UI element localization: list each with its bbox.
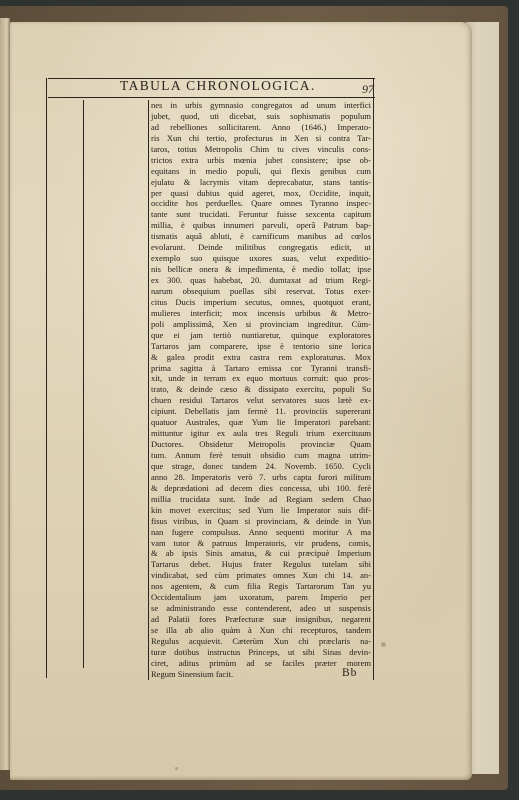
text-line-content: ad Palatii fores Præfecturæ suæ insignib… (151, 614, 371, 625)
text-line-content: chuen residui Tartaros velut servatores … (151, 395, 371, 406)
text-line: trictos extra urbis mœnia jubet consiste… (151, 155, 371, 166)
text-line: kin movet exercitus; sed Yum lie Imperat… (151, 505, 371, 516)
text-line-content: se administrando esse contenderent, adeo… (151, 603, 371, 614)
text-line-content: poli amplissimâ, Xen si provinciam ingre… (151, 319, 371, 330)
text-line: Regum Sinensium facit. (151, 669, 371, 680)
text-line: ejulatu & lacrymis vitam deprecabatur, s… (151, 177, 371, 188)
text-column-right-rule (373, 78, 374, 680)
text-line-content: se illa ab alio quàm à Xun chi recepturo… (151, 625, 371, 636)
text-line-content: exemplo suo quisque uxores suas, velut e… (151, 253, 371, 264)
text-line: exemplo suo quisque uxores suas, velut e… (151, 253, 371, 264)
text-line-content: millia trucidata sunt. Inde ad Regiam se… (151, 494, 371, 505)
text-line: occidite hos perduelles. Quare omnes Tyr… (151, 198, 371, 209)
page-number: 97 (362, 82, 374, 97)
text-line-content: anno 28. Imperatoris verò 7. urbs capta … (151, 472, 371, 483)
text-line-content: xit, unde in terram ex equo mortuus corr… (151, 373, 371, 384)
text-line-content: Tartarus debet. Hujus frater Regulus tut… (151, 559, 371, 570)
text-line: narum obsequium puellas sibi reservat. T… (151, 286, 371, 297)
text-line: millia trucidata sunt. Inde ad Regiam se… (151, 494, 371, 505)
text-line-content: trictos extra urbis mœnia jubet consiste… (151, 155, 371, 166)
text-line-content: tismatis aquâ abluti, è carnificum manib… (151, 231, 371, 242)
text-line: tante sunt trucidati. Feruntur fuisse se… (151, 209, 371, 220)
text-line-content: Ductores. Obsidetur Metropolis provinciæ… (151, 439, 371, 450)
text-line: fisus viribus, in Quam si provinciam, & … (151, 516, 371, 527)
text-line: & galea prodit extra castra rem explorat… (151, 352, 371, 363)
running-head-title: TABULA CHRONOLOGICA. (120, 78, 350, 94)
text-line: nan fugere compulsus. Anno sequenti mori… (151, 527, 371, 538)
text-line: equitans in medio populi, qui flexis gen… (151, 166, 371, 177)
text-line: Regulus acquievit. Cæterùm Xun chi præcl… (151, 636, 371, 647)
text-line-content: occidite hos perduelles. Quare omnes Tyr… (151, 198, 371, 209)
text-line-content: mittuntur igitur ex aula tres Reguli tri… (151, 428, 371, 439)
text-line-content: & galea prodit extra castra rem explorat… (151, 352, 371, 363)
text-line-content: equitans in medio populi, qui flexis gen… (151, 166, 371, 177)
text-line: ciret, aditus primùm ad se faciles præte… (151, 658, 371, 669)
text-line-content: Regulus acquievit. Cæterùm Xun chi præcl… (151, 636, 371, 647)
text-line: se administrando esse contenderent, adeo… (151, 603, 371, 614)
text-line-content: evolarunt. Deinde militibus congregatis … (151, 242, 371, 253)
text-line: vindicabat, sed cùm primates omnes Xun c… (151, 570, 371, 581)
text-line: poli amplissimâ, Xen si provinciam ingre… (151, 319, 371, 330)
text-line-content: kin movet exercitus; sed Yum lie Imperat… (151, 505, 371, 516)
text-line-content: trato, & deinde cæso & dissipato exercit… (151, 384, 371, 395)
text-line-content: ris Xun chi tertio, profecturus in Xen s… (151, 133, 371, 144)
text-line-content: que ei jam tertiò nuntiaretur, quinque e… (151, 330, 371, 341)
text-line: Tartarus debet. Hujus frater Regulus tut… (151, 559, 371, 570)
text-line-content: jubet, quod, uti dicebat, suis sophismat… (151, 111, 371, 122)
text-line: mittuntur igitur ex aula tres Reguli tri… (151, 428, 371, 439)
text-column-left-rule (148, 100, 149, 680)
text-line: ad Palatii fores Præfecturæ suæ insignib… (151, 614, 371, 625)
text-line: taros, totius Metropolis Chim tu cives v… (151, 144, 371, 155)
text-line: prima sagitta à Tartaro emissa cor Tyran… (151, 363, 371, 374)
header-bottom-rule (48, 97, 375, 98)
ink-spot (381, 642, 386, 647)
text-line: Ductores. Obsidetur Metropolis provinciæ… (151, 439, 371, 450)
text-line-content: per quasi dubius quid ageret, mox, Occid… (151, 188, 371, 199)
text-line: trato, & deinde cæso & dissipato exercit… (151, 384, 371, 395)
text-line-content: nos agentem, & cum filia Regis Tartaroru… (151, 581, 371, 592)
text-line: xit, unde in terram ex equo mortuus corr… (151, 373, 371, 384)
text-line-content: taros, totius Metropolis Chim tu cives v… (151, 144, 371, 155)
text-line-content: ejulatu & lacrymis vitam deprecabatur, s… (151, 177, 371, 188)
text-line-content: Tartaros jam comparere, ipse è tentorio … (151, 341, 371, 352)
text-line-content: que strage, donec tandem 24. Novemb. 165… (151, 461, 371, 472)
text-line-content: vam tutor & patruus Imperatoris, vir pru… (151, 538, 371, 549)
text-line-content: turæ dotibus instructus Princeps, ut sib… (151, 647, 371, 658)
text-line-content: prima sagitta à Tartaro emissa cor Tyran… (151, 363, 371, 374)
text-line-content: ad rebelliones sollicitarent. Anno (1646… (151, 122, 371, 133)
text-line-content: tante sunt trucidati. Feruntur fuisse se… (151, 209, 371, 220)
text-line: que strage, donec tandem 24. Novemb. 165… (151, 461, 371, 472)
inner-left-rule (83, 100, 84, 668)
text-line-content: cipiunt. Debellatis jam fermè 11. provin… (151, 406, 371, 417)
text-line-content: tum. Annum ferè tenuit obsidio cum magna… (151, 450, 371, 461)
text-line-content: ciret, aditus primùm ad se faciles præte… (151, 658, 371, 669)
text-line: millia, è quibus innumeri parvuli, operâ… (151, 220, 371, 231)
text-line-content: quatuor Australes, quæ Yum lie Imperator… (151, 417, 371, 428)
outer-left-rule (46, 78, 47, 678)
text-line: nes in urbis gymnasio congregatos ad unu… (151, 100, 371, 111)
text-line: ex 300. quas habebat, 20. dumtaxat ad tr… (151, 275, 371, 286)
text-line-content: & ab ipsis Sinis amatus, & cui præcipuè … (151, 548, 371, 559)
text-line: anno 28. Imperatoris verò 7. urbs capta … (151, 472, 371, 483)
text-line: tum. Annum ferè tenuit obsidio cum magna… (151, 450, 371, 461)
text-line-content: & deprædationi ad decem dies concessa, u… (151, 483, 371, 494)
text-line: nos agentem, & cum filia Regis Tartaroru… (151, 581, 371, 592)
previous-page-edge (0, 18, 10, 770)
text-line: Occidentalium jam uxoratum, parem Imperi… (151, 592, 371, 603)
text-line: vam tutor & patruus Imperatoris, vir pru… (151, 538, 371, 549)
text-line: cipiunt. Debellatis jam fermè 11. provin… (151, 406, 371, 417)
text-line-content: vindicabat, sed cùm primates omnes Xun c… (151, 570, 371, 581)
text-line-content: nes in urbis gymnasio congregatos ad unu… (151, 100, 371, 111)
text-line-content: millia, è quibus innumeri parvuli, operâ… (151, 220, 371, 231)
text-line: se illa ab alio quàm à Xun chi recepturo… (151, 625, 371, 636)
text-line-content: narum obsequium puellas sibi reservat. T… (151, 286, 371, 297)
text-line: nis bellicæ onera & impedimenta, è medio… (151, 264, 371, 275)
text-line-content: citus Ducis imperium secutus, omnes, quo… (151, 297, 371, 308)
text-line-content: ex 300. quas habebat, 20. dumtaxat ad tr… (151, 275, 371, 286)
text-line-content: mulieres interficit; mox incensis urbibu… (151, 308, 371, 319)
text-line: chuen residui Tartaros velut servatores … (151, 395, 371, 406)
text-line: jubet, quod, uti dicebat, suis sophismat… (151, 111, 371, 122)
signature-mark: Bb (342, 667, 357, 679)
ink-spot (175, 767, 178, 770)
body-text-column: nes in urbis gymnasio congregatos ad unu… (151, 100, 371, 680)
text-line: & deprædationi ad decem dies concessa, u… (151, 483, 371, 494)
text-line-content: Regum Sinensium facit. (151, 669, 371, 680)
text-line: turæ dotibus instructus Princeps, ut sib… (151, 647, 371, 658)
text-line: citus Ducis imperium secutus, omnes, quo… (151, 297, 371, 308)
text-line-content: nis bellicæ onera & impedimenta, è medio… (151, 264, 371, 275)
text-line: ad rebelliones sollicitarent. Anno (1646… (151, 122, 371, 133)
text-line: Tartaros jam comparere, ipse è tentorio … (151, 341, 371, 352)
text-line: & ab ipsis Sinis amatus, & cui præcipuè … (151, 548, 371, 559)
text-line-content: fisus viribus, in Quam si provinciam, & … (151, 516, 371, 527)
text-line: ris Xun chi tertio, profecturus in Xen s… (151, 133, 371, 144)
text-line: que ei jam tertiò nuntiaretur, quinque e… (151, 330, 371, 341)
text-line-content: nan fugere compulsus. Anno sequenti mori… (151, 527, 371, 538)
text-line: mulieres interficit; mox incensis urbibu… (151, 308, 371, 319)
text-line: quatuor Australes, quæ Yum lie Imperator… (151, 417, 371, 428)
text-line: tismatis aquâ abluti, è carnificum manib… (151, 231, 371, 242)
text-line: evolarunt. Deinde militibus congregatis … (151, 242, 371, 253)
text-line-content: Occidentalium jam uxoratum, parem Imperi… (151, 592, 371, 603)
text-line: per quasi dubius quid ageret, mox, Occid… (151, 188, 371, 199)
